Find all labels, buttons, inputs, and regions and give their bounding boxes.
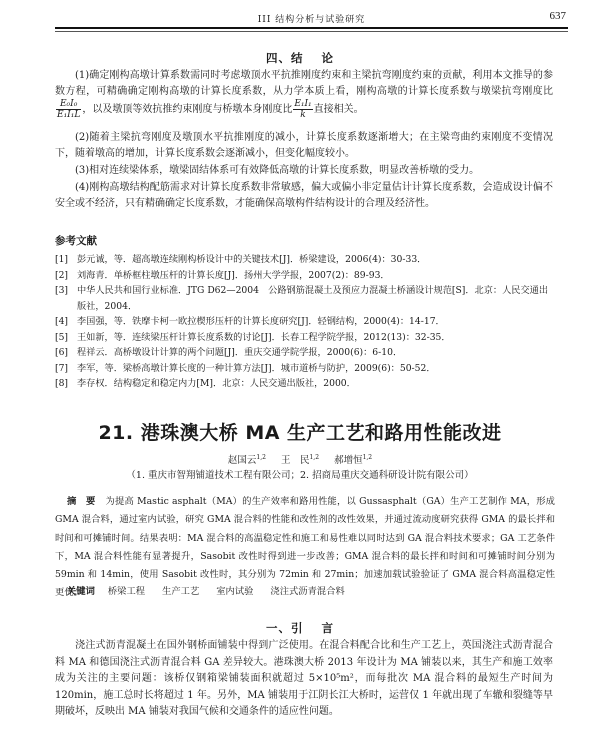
- document-page: III 结构分析与试验研究 637 四、结论 (1)确定刚构高墩计算系数需同时考…: [0, 0, 600, 740]
- keyword: 浇注式沥青混合料: [270, 586, 344, 597]
- reference-item: [5]王如新，等．连续梁压杆计算长度系数的讨论[J]．长春工程学院学报，2012…: [55, 330, 555, 346]
- keyword: 室内试验: [216, 586, 253, 597]
- conclusion-paragraph-2: (2)随着主梁抗弯刚度及墩顶水平抗推刚度的减小，计算长度系数逐渐增大；在主梁弯曲…: [55, 130, 553, 161]
- references-list: [1]彭元诚，等．超高墩连续刚构桥设计中的关键技术[J]．桥梁建设，2006(4…: [55, 252, 555, 392]
- reference-item: [4]李国强，等．铁摩卡柯一欧拉楔形压杆的计算长度研究[J]．轻钢结构，2000…: [55, 314, 555, 330]
- keywords-label: 关键词: [67, 586, 95, 597]
- author-name: 王 民: [281, 455, 310, 466]
- introduction-paragraph: 浇注式沥青混凝土在国外钢桥面铺装中得到广泛使用。在混合料配合比和生产工艺上，英国…: [55, 638, 553, 721]
- reference-item: [1]彭元诚，等．超高墩连续刚构桥设计中的关键技术[J]．桥梁建设，2006(4…: [55, 252, 555, 268]
- abstract-label: 摘 要: [67, 496, 95, 507]
- article-title: 21. 港珠澳大桥 MA 生产工艺和路用性能改进: [0, 418, 600, 445]
- reference-item: [7]李军，等．梁桥高墩计算长度的一种计算方法[J]．城市道桥与防护，2009(…: [55, 361, 555, 377]
- page-number: 637: [550, 10, 567, 22]
- author-affiliation: （1. 重庆市智翔铺道技术工程有限公司；2. 招商局重庆交通科研设计院有限公司）: [0, 467, 600, 481]
- reference-item: [6]程祥云．高桥墩设计计算的两个问题[J]．重庆交通学院学报，2000(6)：…: [55, 345, 555, 361]
- conclusion-paragraph-1: (1)确定刚构高墩计算系数需同时考虑墩顶水平抗推刚度约束和主梁抗弯刚度约束的贡献…: [55, 68, 553, 120]
- reference-item: [8]李存权．结构稳定和稳定内力[M]．北京：人民交通出版社，2000．: [55, 376, 555, 392]
- article-authors: 赵国云1,2 王 民1,2 郝增恒1,2: [0, 452, 600, 466]
- author-name: 郝增恒: [334, 455, 363, 466]
- references-heading: 参考文献: [55, 233, 97, 248]
- running-head-section: III 结构分析与试验研究: [55, 12, 568, 25]
- section-heading-conclusion: 四、结论: [0, 50, 600, 66]
- keyword: 生产工艺: [162, 586, 199, 597]
- stiffness-ratio-formula: E₀I₀E₁I₁L: [56, 99, 81, 120]
- header-rule-thin: [55, 31, 568, 32]
- keywords: 关键词 桥梁工程 生产工艺 室内试验 浇注式沥青混合料: [67, 583, 359, 597]
- conclusion-paragraph-4: (4)刚构高墩结构配筋需求对计算长度系数非常敏感，偏大或偏小非定量估计计算长度系…: [55, 180, 553, 211]
- section-heading-introduction: 一、引言: [0, 620, 600, 636]
- constraint-ratio-formula: E₁I₁k: [293, 99, 312, 120]
- header-rule-thick: [55, 27, 568, 29]
- reference-item: [2]刘海青．单桥框柱墩压杆的计算长度[J]．扬州大学学报，2007(2)：89…: [55, 268, 555, 284]
- reference-item: [3]中华人民共和国行业标准．JTG D62—2004 公路钢筋混凝土及预应力混…: [55, 283, 555, 314]
- keyword: 桥梁工程: [108, 586, 145, 597]
- author-name: 赵国云: [228, 455, 257, 466]
- conclusion-paragraph-3: (3)相对连续梁体系，墩梁固结体系可有效降低高墩的计算长度系数，明显改善桥墩的受…: [55, 163, 553, 179]
- running-head: III 结构分析与试验研究 637: [55, 10, 568, 26]
